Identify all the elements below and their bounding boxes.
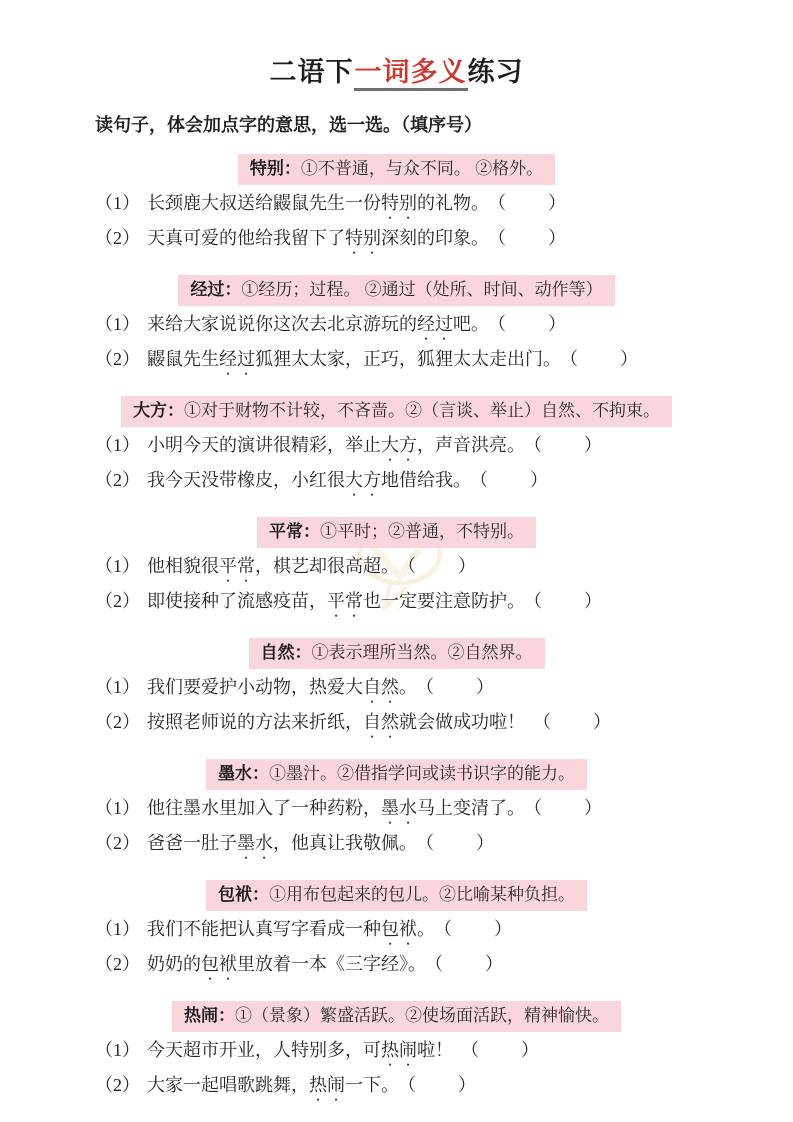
dotted-word: 自然 <box>363 712 399 732</box>
sentence-text: 深刻的印象。 <box>381 228 489 248</box>
sentence-text: 我今天没带橡皮，小红很 <box>147 470 345 490</box>
sentence-text: 一下。 <box>345 1075 399 1095</box>
dotted-word: 包袱 <box>201 954 237 974</box>
definition-bar: 经过：①经历；过程。 ②通过（处所、时间、动作等） <box>178 275 614 306</box>
sentence-number: （1） <box>95 435 140 455</box>
sentence-text: ，声音洪亮。 <box>417 435 525 455</box>
sections: 特别：①不普通，与众不同。 ②格外。 （1）长颈鹿大叔送给鼹鼠先生一份特别的礼物… <box>0 154 793 1105</box>
definition-text: ①不普通，与众不同。 ②格外。 <box>301 159 543 178</box>
dotted-word: 经过 <box>417 314 453 334</box>
sentence-number: （1） <box>95 677 140 697</box>
answer-blank: （ ） <box>533 435 604 455</box>
word-section: 热闹：①（景象）繁盛活跃。②使场面活跃，精神愉快。 （1）今天超市开业，人特别多… <box>0 1001 793 1105</box>
word-section: 自然：①表示理所当然。②自然界。 （1）我们要爱护小动物，热爱大自然。（ ）（2… <box>0 638 793 742</box>
page-title: 二语下一词多义练习 <box>0 0 793 89</box>
definition-bar: 平常：①平时；②普通，不特别。 <box>257 517 536 548</box>
definition-bar: 包袱：①用布包起来的包儿。②比喻某种负担。 <box>206 880 587 911</box>
sentence-text: 奶奶的 <box>147 954 201 974</box>
sentence-number: （1） <box>95 798 140 818</box>
dotted-word: 墨水 <box>237 833 273 853</box>
sentence-text: 大家一起唱歌跳舞， <box>147 1075 309 1095</box>
definition-text: ①用布包起来的包儿。②比喻某种负担。 <box>269 885 575 904</box>
definition-text: ①表示理所当然。②自然界。 <box>312 643 533 662</box>
answer-blank: （ ） <box>425 833 496 853</box>
sentence-text: 。 <box>417 919 435 939</box>
sentence-list: （1）长颈鹿大叔送给鼹鼠先生一份特别的礼物。（ ）（2）天真可爱的他给我留下了特… <box>0 188 793 258</box>
sentence-row: （1）他相貌很平常，棋艺却很高超。（ ） <box>95 551 793 586</box>
definition-bar: 特别：①不普通，与众不同。 ②格外。 <box>238 154 555 185</box>
answer-blank: （ ） <box>461 1040 541 1060</box>
title-highlight: 一词多义 <box>354 57 468 91</box>
sentence-text: 他相貌很 <box>147 556 219 576</box>
definition-bar-row: 热闹：①（景象）繁盛活跃。②使场面活跃，精神愉快。 <box>0 1001 793 1032</box>
answer-blank: （ ） <box>434 954 505 974</box>
definition-word: 平常： <box>269 522 320 541</box>
sentence-row: （2）爸爸一肚子墨水，他真让我敬佩。（ ） <box>95 828 793 863</box>
answer-blank: （ ） <box>443 919 514 939</box>
sentence-row: （1）来给大家说说你这次去北京游玩的经过吧。（ ） <box>95 309 793 344</box>
answer-blank: （ ） <box>497 314 568 334</box>
sentence-list: （1）我们不能把认真写字看成一种包袱。（ ）（2）奶奶的包袱里放着一本《三字经》… <box>0 914 793 984</box>
title-suffix: 练习 <box>468 57 524 87</box>
sentence-row: （2）大家一起唱歌跳舞，热闹一下。（ ） <box>95 1070 793 1105</box>
answer-blank: （ ） <box>533 798 604 818</box>
sentence-text: 马上变清了。 <box>417 798 525 818</box>
word-section: 经过：①经历；过程。 ②通过（处所、时间、动作等） （1）来给大家说说你这次去北… <box>0 275 793 379</box>
sentence-row: （1）长颈鹿大叔送给鼹鼠先生一份特别的礼物。（ ） <box>95 188 793 223</box>
dotted-word: 大方 <box>381 435 417 455</box>
sentence-text: 长颈鹿大叔送给鼹鼠先生一份 <box>147 193 381 213</box>
dotted-word: 包袱 <box>381 919 417 939</box>
sentence-text: 今天超市开业，人特别多，可 <box>147 1040 381 1060</box>
sentence-text: 我们要爱护小动物，热爱大 <box>147 677 363 697</box>
sentence-text: 小明今天的演讲很精彩，举止 <box>147 435 381 455</box>
answer-blank: （ ） <box>407 1075 478 1095</box>
sentence-row: （2）按照老师说的方法来折纸，自然就会做成功啦！（ ） <box>95 707 793 742</box>
definition-bar-row: 平常：①平时；②普通，不特别。 <box>0 517 793 548</box>
definition-bar-row: 自然：①表示理所当然。②自然界。 <box>0 638 793 669</box>
word-section: 大方：①对于财物不计较，不吝啬。②（言谈、举止）自然、不拘束。 （1）小明今天的… <box>0 396 793 500</box>
sentence-number: （2） <box>95 712 140 732</box>
definition-bar-row: 特别：①不普通，与众不同。 ②格外。 <box>0 154 793 185</box>
definition-bar: 墨水：①墨汁。②借指学问或读书识字的能力。 <box>206 759 587 790</box>
sentence-text: ，他真让我敬佩。 <box>273 833 417 853</box>
sentence-number: （1） <box>95 1040 140 1060</box>
sentence-text: 鼹鼠先生 <box>147 349 219 369</box>
word-section: 平常：①平时；②普通，不特别。 （1）他相貌很平常，棋艺却很高超。（ ）（2）即… <box>0 517 793 621</box>
sentence-row: （2）天真可爱的他给我留下了特别深刻的印象。（ ） <box>95 223 793 258</box>
sentence-text: 就会做成功啦！ <box>399 712 525 732</box>
definition-bar: 大方：①对于财物不计较，不吝啬。②（言谈、举止）自然、不拘束。 <box>121 396 672 427</box>
definition-text: ①（景象）繁盛活跃。②使场面活跃，精神愉快。 <box>235 1006 609 1025</box>
sentence-text: 吧。 <box>453 314 489 334</box>
sentence-number: （2） <box>95 954 140 974</box>
sentence-row: （1）小明今天的演讲很精彩，举止大方，声音洪亮。（ ） <box>95 430 793 465</box>
definition-word: 自然： <box>261 643 312 662</box>
sentence-row: （2）我今天没带橡皮，小红很大方地借给我。（ ） <box>95 465 793 500</box>
definition-text: ①墨汁。②借指学问或读书识字的能力。 <box>269 764 575 783</box>
definition-text: ①经历；过程。 ②通过（处所、时间、动作等） <box>241 280 602 299</box>
dotted-word: 热闹 <box>309 1075 345 1095</box>
sentence-list: （1）他相貌很平常，棋艺却很高超。（ ）（2）即使接种了流感疫苗，平常也一定要注… <box>0 551 793 621</box>
sentence-number: （1） <box>95 314 140 334</box>
definition-bar: 热闹：①（景象）繁盛活跃。②使场面活跃，精神愉快。 <box>172 1001 621 1032</box>
sentence-number: （2） <box>95 591 140 611</box>
instruction-line: 读句子，体会加点字的意思，选一选。（填序号） <box>95 111 793 137</box>
sentence-text: 他往墨水里加入了一种药粉， <box>147 798 381 818</box>
sentence-number: （2） <box>95 228 140 248</box>
sentence-text: 天真可爱的他给我留下了 <box>147 228 345 248</box>
sentence-text: 即使接种了流感疫苗， <box>147 591 327 611</box>
definition-word: 特别： <box>250 159 301 178</box>
sentence-number: （1） <box>95 193 140 213</box>
sentence-number: （2） <box>95 349 140 369</box>
definition-word: 热闹： <box>184 1006 235 1025</box>
sentence-list: （1）我们要爱护小动物，热爱大自然。（ ）（2）按照老师说的方法来折纸，自然就会… <box>0 672 793 742</box>
sentence-list: （1）小明今天的演讲很精彩，举止大方，声音洪亮。（ ）（2）我今天没带橡皮，小红… <box>0 430 793 500</box>
dotted-word: 大方 <box>345 470 381 490</box>
dotted-word: 特别 <box>345 228 381 248</box>
answer-blank: （ ） <box>569 349 640 369</box>
answer-blank: （ ） <box>425 677 496 697</box>
dotted-word: 经过 <box>219 349 255 369</box>
answer-blank: （ ） <box>497 193 568 213</box>
definition-bar-row: 墨水：①墨汁。②借指学问或读书识字的能力。 <box>0 759 793 790</box>
sentence-text: 也一定要注意防护。 <box>363 591 525 611</box>
sentence-number: （2） <box>95 833 140 853</box>
sentence-number: （1） <box>95 556 140 576</box>
definition-text: ①对于财物不计较，不吝啬。②（言谈、举止）自然、不拘束。 <box>184 401 660 420</box>
word-section: 墨水：①墨汁。②借指学问或读书识字的能力。 （1）他往墨水里加入了一种药粉，墨水… <box>0 759 793 863</box>
answer-blank: （ ） <box>533 591 604 611</box>
definition-word: 大方： <box>133 401 184 420</box>
dotted-word: 墨水 <box>381 798 417 818</box>
definition-bar-row: 大方：①对于财物不计较，不吝啬。②（言谈、举止）自然、不拘束。 <box>0 396 793 427</box>
sentence-number: （1） <box>95 919 140 939</box>
sentence-text: 啦！ <box>417 1040 453 1060</box>
sentence-text: 爸爸一肚子 <box>147 833 237 853</box>
sentence-row: （2）即使接种了流感疫苗，平常也一定要注意防护。（ ） <box>95 586 793 621</box>
definition-bar: 自然：①表示理所当然。②自然界。 <box>249 638 545 669</box>
dotted-word: 热闹 <box>381 1040 417 1060</box>
sentence-text: 。 <box>399 677 417 697</box>
answer-blank: （ ） <box>497 228 568 248</box>
answer-blank: （ ） <box>407 556 478 576</box>
answer-blank: （ ） <box>479 470 550 490</box>
definition-bar-row: 经过：①经历；过程。 ②通过（处所、时间、动作等） <box>0 275 793 306</box>
definition-bar-row: 包袱：①用布包起来的包儿。②比喻某种负担。 <box>0 880 793 911</box>
sentence-text: 按照老师说的方法来折纸， <box>147 712 363 732</box>
dotted-word: 特别 <box>381 193 417 213</box>
word-section: 特别：①不普通，与众不同。 ②格外。 （1）长颈鹿大叔送给鼹鼠先生一份特别的礼物… <box>0 154 793 258</box>
dotted-word: 平常 <box>219 556 255 576</box>
definition-text: ①平时；②普通，不特别。 <box>320 522 524 541</box>
sentence-text: 来给大家说说你这次去北京游玩的 <box>147 314 417 334</box>
sentence-row: （1）我们不能把认真写字看成一种包袱。（ ） <box>95 914 793 949</box>
sentence-row: （2）奶奶的包袱里放着一本《三字经》。（ ） <box>95 949 793 984</box>
sentence-row: （2）鼹鼠先生经过狐狸太太家，正巧，狐狸太太走出门。（ ） <box>95 344 793 379</box>
word-section: 包袱：①用布包起来的包儿。②比喻某种负担。 （1）我们不能把认真写字看成一种包袱… <box>0 880 793 984</box>
dotted-word: 平常 <box>327 591 363 611</box>
sentence-row: （1）我们要爱护小动物，热爱大自然。（ ） <box>95 672 793 707</box>
sentence-list: （1）他往墨水里加入了一种药粉，墨水马上变清了。（ ）（2）爸爸一肚子墨水，他真… <box>0 793 793 863</box>
sentence-text: 狐狸太太家，正巧，狐狸太太走出门。 <box>255 349 561 369</box>
definition-word: 包袱： <box>218 885 269 904</box>
sentence-text: 我们不能把认真写字看成一种 <box>147 919 381 939</box>
worksheet-page: 二语下一词多义练习 读句子，体会加点字的意思，选一选。（填序号） 特别：①不普通… <box>0 0 793 1122</box>
sentence-list: （1）今天超市开业，人特别多，可热闹啦！（ ）（2）大家一起唱歌跳舞，热闹一下。… <box>0 1035 793 1105</box>
sentence-row: （1）他往墨水里加入了一种药粉，墨水马上变清了。（ ） <box>95 793 793 828</box>
definition-word: 墨水： <box>218 764 269 783</box>
dotted-word: 自然 <box>363 677 399 697</box>
sentence-row: （1）今天超市开业，人特别多，可热闹啦！（ ） <box>95 1035 793 1070</box>
title-prefix: 二语下 <box>270 57 354 87</box>
sentence-text: 地借给我。 <box>381 470 471 490</box>
sentence-text: 里放着一本《三字经》。 <box>237 954 426 974</box>
answer-blank: （ ） <box>533 712 613 732</box>
sentence-number: （2） <box>95 470 140 490</box>
sentence-text: 的礼物。 <box>417 193 489 213</box>
definition-word: 经过： <box>190 280 241 299</box>
sentence-number: （2） <box>95 1075 140 1095</box>
sentence-list: （1）来给大家说说你这次去北京游玩的经过吧。（ ）（2）鼹鼠先生经过狐狸太太家，… <box>0 309 793 379</box>
sentence-text: ，棋艺却很高超。 <box>255 556 399 576</box>
